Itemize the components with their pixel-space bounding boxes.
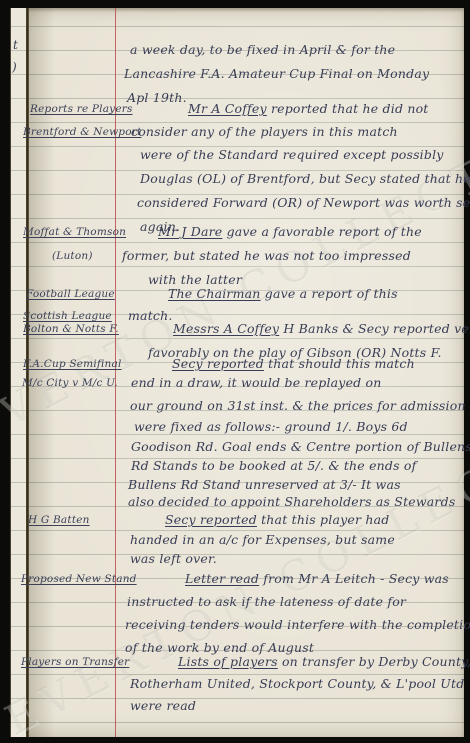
margin-heading: Reports re Players	[30, 101, 133, 117]
handwritten-line: Moffat & ThomsonMr J Dare gave a favorab…	[0, 224, 470, 242]
margin-heading: Players on Transfer	[21, 654, 129, 670]
underlined-text: The Chairman	[168, 286, 261, 301]
text-run: receiving tenders would interfere with t…	[125, 617, 470, 632]
handwritten-line: Bolton & Notts F.Messrs A Coffey H Banks…	[0, 321, 470, 339]
text-run: Bullens Rd Stand unreserved at 3/- It wa…	[128, 477, 401, 492]
underlined-text: Secy reported	[172, 356, 264, 371]
handwritten-line: receiving tenders would interfere with t…	[0, 617, 470, 635]
underlined-text: Brentford & Newport	[23, 126, 141, 138]
text-run: our ground on 31st inst. & the prices fo…	[130, 398, 466, 413]
underlined-text: Secy reported	[165, 512, 257, 527]
body-text: handed in an a/c for Expenses, but same	[130, 532, 395, 548]
handwritten-line: was left over.	[0, 551, 470, 569]
margin-heading: Proposed New Stand	[21, 571, 137, 587]
text-run: gave a report of this	[261, 286, 398, 301]
body-text: Bullens Rd Stand unreserved at 3/- It wa…	[128, 477, 401, 493]
body-text: were fixed as follows:- ground 1/. Boys …	[134, 419, 408, 435]
handwritten-line: Football LeagueThe Chairman gave a repor…	[0, 286, 470, 304]
text-run: gave a favorable report of the	[222, 224, 421, 239]
text-run: on transfer by Derby County,	[278, 654, 470, 669]
handwritten-line: considered Forward (OR) of Newport was w…	[0, 195, 470, 213]
underlined-text: Lists of players	[178, 654, 278, 669]
body-text: instructed to ask if the lateness of dat…	[127, 594, 406, 610]
body-text: Letter read from Mr A Leitch - Secy was	[185, 571, 449, 587]
underlined-text: Reports re Players	[30, 103, 133, 115]
text-run: Lancashire F.A. Amateur Cup Final on Mon…	[124, 66, 429, 81]
body-text: consider any of the players in this matc…	[131, 124, 398, 140]
handwritten-line: our ground on 31st inst. & the prices fo…	[0, 398, 470, 416]
body-text: also decided to appoint Shareholders as …	[128, 494, 455, 510]
handwritten-line: were read	[0, 698, 470, 716]
handwritten-line: F.A.Cup SemifinalSecy reported that shou…	[0, 356, 470, 374]
text-run: former, but stated he was not too impres…	[122, 248, 411, 263]
body-text: were of the Standard required except pos…	[140, 147, 444, 163]
text-run: H Banks & Secy reported very	[279, 321, 470, 336]
underlined-text: Players on Transfer	[21, 656, 129, 668]
text-run: reported that he did not	[267, 101, 429, 116]
text-run: were of the Standard required except pos…	[140, 147, 444, 162]
underlined-text: Bolton & Notts F.	[23, 323, 119, 335]
text-run: were read	[130, 698, 196, 713]
handwritten-line: Brentford & Newportconsider any of the p…	[0, 124, 470, 142]
handwritten-line: Douglas (OL) of Brentford, but Secy stat…	[0, 171, 470, 189]
text-run: that this player had	[257, 512, 390, 527]
margin-heading: M/c City v M/c U.	[22, 375, 118, 391]
text-run: considered Forward (OR) of Newport was w…	[137, 195, 470, 210]
handwritten-line: Proposed New StandLetter read from Mr A …	[0, 571, 470, 589]
body-text: Rotherham United, Stockport County, & L'…	[130, 676, 464, 692]
text-run: was left over.	[130, 551, 217, 566]
underlined-text: Moffat & Thomson	[23, 226, 126, 238]
handwritten-line: Players on TransferLists of players on t…	[0, 654, 470, 672]
body-text: Secy reported that this player had	[165, 512, 389, 528]
body-text: considered Forward (OR) of Newport was w…	[137, 195, 470, 211]
text-run: from Mr A Leitch - Secy was	[259, 571, 449, 586]
body-text: Mr J Dare gave a favorable report of the	[158, 224, 422, 240]
body-text: Douglas (OL) of Brentford, but Secy stat…	[140, 171, 470, 187]
handwritten-line: were of the Standard required except pos…	[0, 147, 470, 165]
underlined-text: Messrs A Coffey	[173, 321, 279, 336]
body-text: Goodison Rd. Goal ends & Centre portion …	[131, 439, 470, 455]
handwritten-line: instructed to ask if the lateness of dat…	[0, 594, 470, 612]
text-run: Goodison Rd. Goal ends & Centre portion …	[131, 439, 470, 454]
body-text: was left over.	[130, 551, 217, 567]
handwritten-line: H G BattenSecy reported that this player…	[0, 512, 470, 530]
handwritten-line: (Luton)former, but stated he was not too…	[0, 248, 470, 266]
body-text: Lancashire F.A. Amateur Cup Final on Mon…	[124, 66, 429, 82]
text-run: end in a draw, it would be replayed on	[131, 375, 382, 390]
body-text: end in a draw, it would be replayed on	[131, 375, 382, 391]
handwritten-line: Bullens Rd Stand unreserved at 3/- It wa…	[0, 477, 470, 495]
handwritten-line: Lancashire F.A. Amateur Cup Final on Mon…	[0, 66, 470, 84]
handwritten-line: a week day, to be fixed in April & for t…	[0, 42, 470, 60]
text-run: a week day, to be fixed in April & for t…	[130, 42, 395, 57]
text-run: also decided to appoint Shareholders as …	[128, 494, 455, 509]
handwritten-line: M/c City v M/c U.end in a draw, it would…	[0, 375, 470, 393]
body-text: our ground on 31st inst. & the prices fo…	[130, 398, 466, 414]
text-run: instructed to ask if the lateness of dat…	[127, 594, 406, 609]
underlined-text: F.A.Cup Semifinal	[23, 358, 122, 370]
scanned-minute-book-page: t ) EVERTON COLLECTION EVERTON COLLECTIO…	[0, 0, 470, 743]
margin-heading: Football League	[26, 286, 115, 302]
text-run: Rd Stands to be booked at 5/. & the ends…	[131, 458, 416, 473]
body-text: Rd Stands to be booked at 5/. & the ends…	[131, 458, 416, 474]
text-run: that should this match	[264, 356, 415, 371]
handwritten-line: were fixed as follows:- ground 1/. Boys …	[0, 419, 470, 437]
handwriting-layer: a week day, to be fixed in April & for t…	[0, 0, 470, 743]
body-text: Secy reported that should this match	[172, 356, 415, 372]
underlined-text: Football League	[26, 288, 115, 300]
margin-heading: (Luton)	[52, 248, 93, 264]
body-text: The Chairman gave a report of this	[168, 286, 398, 302]
text-run: consider any of the players in this matc…	[131, 124, 398, 139]
margin-heading: Bolton & Notts F.	[23, 321, 119, 337]
handwritten-line: Rotherham United, Stockport County, & L'…	[0, 676, 470, 694]
handwritten-line: also decided to appoint Shareholders as …	[0, 494, 470, 512]
margin-heading: Brentford & Newport	[23, 124, 141, 140]
underlined-text: Mr A Coffey	[188, 101, 267, 116]
underlined-text: Letter read	[185, 571, 259, 586]
text-run: of the work by end of August	[125, 640, 314, 655]
underlined-text: Mr J Dare	[158, 224, 222, 239]
body-text: former, but stated he was not too impres…	[122, 248, 411, 264]
handwritten-line: handed in an a/c for Expenses, but same	[0, 532, 470, 550]
text-run: Douglas (OL) of Brentford, but Secy stat…	[140, 171, 470, 186]
body-text: receiving tenders would interfere with t…	[125, 617, 470, 633]
handwritten-line: Rd Stands to be booked at 5/. & the ends…	[0, 458, 470, 476]
text-run: (Luton)	[52, 250, 93, 262]
text-run: handed in an a/c for Expenses, but same	[130, 532, 395, 547]
margin-heading: F.A.Cup Semifinal	[23, 356, 122, 372]
body-text: were read	[130, 698, 196, 714]
body-text: Messrs A Coffey H Banks & Secy reported …	[173, 321, 470, 337]
body-text: a week day, to be fixed in April & for t…	[130, 42, 395, 58]
text-run: M/c City v M/c U.	[22, 377, 118, 389]
underlined-text: Proposed New Stand	[21, 573, 137, 585]
underlined-text: H G Batten	[28, 514, 90, 526]
handwritten-line: Goodison Rd. Goal ends & Centre portion …	[0, 439, 470, 457]
margin-heading: Moffat & Thomson	[23, 224, 126, 240]
margin-heading: H G Batten	[28, 512, 90, 528]
handwritten-line: Reports re PlayersMr A Coffey reported t…	[0, 101, 470, 119]
text-run: were fixed as follows:- ground 1/. Boys …	[134, 419, 408, 434]
text-run: Rotherham United, Stockport County, & L'…	[130, 676, 464, 691]
body-text: Mr A Coffey reported that he did not	[188, 101, 429, 117]
body-text: Lists of players on transfer by Derby Co…	[178, 654, 470, 670]
text-run: with the latter	[148, 272, 242, 287]
